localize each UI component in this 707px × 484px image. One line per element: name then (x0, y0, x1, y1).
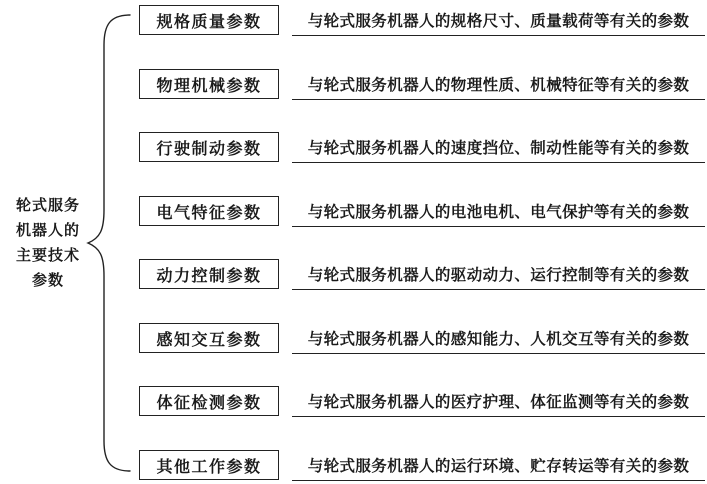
diagram-row: 动力控制参数 与轮式服务机器人的驱动动力、运行控制等有关的参数 (0, 259, 707, 289)
category-box-label: 电气特征参数 (156, 200, 261, 223)
category-box-label: 动力控制参数 (156, 263, 261, 286)
category-box: 体征检测参数 (139, 386, 279, 416)
category-desc-text: 与轮式服务机器人的规格尺寸、质量载荷等有关的参数 (308, 9, 690, 31)
category-description: 与轮式服务机器人的规格尺寸、质量载荷等有关的参数 (292, 5, 705, 36)
category-desc-text: 与轮式服务机器人的速度挡位、制动性能等有关的参数 (308, 136, 690, 158)
category-desc-text: 与轮式服务机器人的电池电机、电气保护等有关的参数 (308, 200, 690, 222)
diagram-row: 体征检测参数 与轮式服务机器人的医疗护理、体征监测等有关的参数 (0, 386, 707, 416)
category-desc-text: 与轮式服务机器人的驱动动力、运行控制等有关的参数 (308, 263, 690, 285)
category-box-label: 感知交互参数 (156, 327, 261, 350)
category-box: 电气特征参数 (139, 196, 279, 226)
diagram-row: 其他工作参数 与轮式服务机器人的运行环境、贮存转运等有关的参数 (0, 450, 707, 480)
diagram-row: 行驶制动参数 与轮式服务机器人的速度挡位、制动性能等有关的参数 (0, 132, 707, 162)
category-description: 与轮式服务机器人的感知能力、人机交互等有关的参数 (292, 323, 705, 354)
category-description: 与轮式服务机器人的速度挡位、制动性能等有关的参数 (292, 132, 705, 163)
category-box-label: 规格质量参数 (156, 9, 261, 32)
category-desc-text: 与轮式服务机器人的感知能力、人机交互等有关的参数 (308, 327, 690, 349)
category-box: 其他工作参数 (139, 450, 279, 480)
category-box-label: 行驶制动参数 (156, 136, 261, 159)
brace-diagram: 轮式服务 机器人的 主要技术 参数 规格质量参数 与轮式服务机器人的规格尺寸、质… (0, 0, 707, 484)
category-description: 与轮式服务机器人的驱动动力、运行控制等有关的参数 (292, 259, 705, 290)
category-desc-text: 与轮式服务机器人的运行环境、贮存转运等有关的参数 (308, 454, 690, 476)
diagram-row: 物理机械参数 与轮式服务机器人的物理性质、机械特征等有关的参数 (0, 69, 707, 99)
category-box-label: 体征检测参数 (156, 390, 261, 413)
category-description: 与轮式服务机器人的医疗护理、体征监测等有关的参数 (292, 386, 705, 417)
category-box-label: 其他工作参数 (156, 454, 261, 477)
category-box: 感知交互参数 (139, 323, 279, 353)
category-description: 与轮式服务机器人的物理性质、机械特征等有关的参数 (292, 69, 705, 100)
category-box: 规格质量参数 (139, 5, 279, 35)
category-description: 与轮式服务机器人的运行环境、贮存转运等有关的参数 (292, 450, 705, 481)
category-desc-text: 与轮式服务机器人的医疗护理、体征监测等有关的参数 (308, 390, 690, 412)
category-description: 与轮式服务机器人的电池电机、电气保护等有关的参数 (292, 196, 705, 227)
category-box: 行驶制动参数 (139, 132, 279, 162)
category-box-label: 物理机械参数 (156, 73, 261, 96)
diagram-row: 规格质量参数 与轮式服务机器人的规格尺寸、质量载荷等有关的参数 (0, 5, 707, 35)
category-box: 动力控制参数 (139, 259, 279, 289)
diagram-row: 电气特征参数 与轮式服务机器人的电池电机、电气保护等有关的参数 (0, 196, 707, 226)
category-desc-text: 与轮式服务机器人的物理性质、机械特征等有关的参数 (308, 73, 690, 95)
diagram-row: 感知交互参数 与轮式服务机器人的感知能力、人机交互等有关的参数 (0, 323, 707, 353)
category-box: 物理机械参数 (139, 69, 279, 99)
